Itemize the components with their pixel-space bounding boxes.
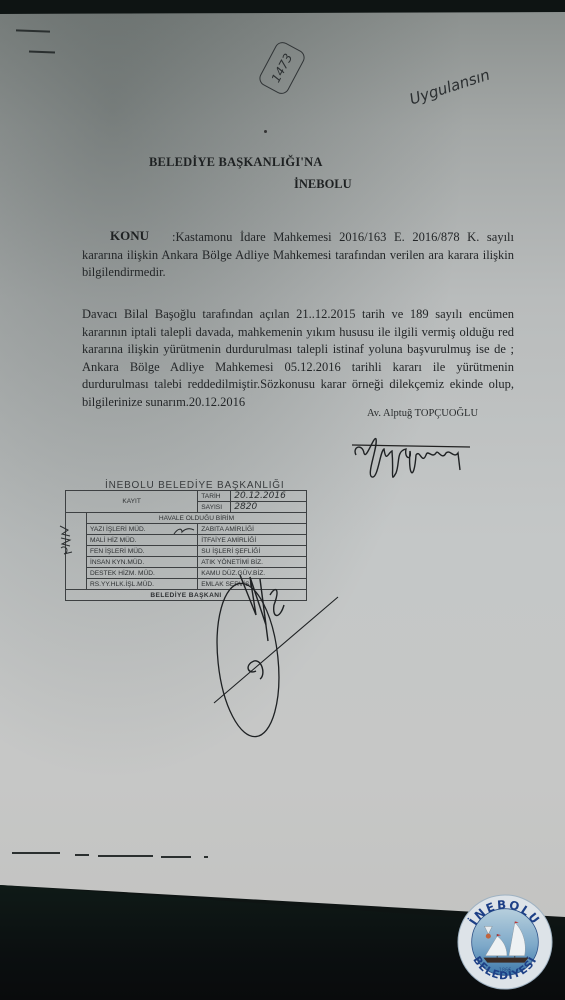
logo-year: 1866 [499,967,511,973]
dot-mark [264,130,267,133]
tarih-label: TARİH [198,491,231,502]
addressee: BELEDİYE BAŞKANLIĞI'NA [149,155,323,170]
stamp-row: MALİ HİZ MÜD. İTFAİYE AMİRLİĞİ [66,535,307,546]
sayisi-value: 2820 [231,502,307,513]
stamp-checkmark [172,526,196,536]
unit-right: ATIK YÖNETİMİ BİZ. [198,557,307,568]
footer-line [161,856,191,858]
footer-line [12,852,60,854]
unit-left: RS.YY.HLK.İŞL.MÜD. [87,579,198,590]
unit-left: MALİ HİZ MÜD. [87,535,198,546]
unit-left: DESTEK HİZM. MÜD. [87,568,198,579]
subject-text: :Kastamonu İdare Mahkemesi 2016/163 E. 2… [82,229,514,282]
body-paragraph: Davacı Bilal Başoğlu tarafından açılan 2… [82,306,514,411]
havale-header: HAVALE OLDUĞU BİRİM [87,513,307,524]
unit-left: FEN İŞLERİ MÜD. [87,546,198,557]
lawyer-signature [350,425,480,485]
footer-line [98,855,153,857]
city: İNEBOLU [294,177,352,192]
reference-number-text: 1473 [269,51,296,85]
sayisi-label: SAYISI [198,502,231,513]
unit-left: İNSAN KYN.MÜD. [87,557,198,568]
footer-line [75,854,89,856]
unit-right: ZABITA AMİRLİĞİ [198,524,307,535]
signer-name: Av. Alptuğ TOPÇUOĞLU [367,408,478,419]
stamp-title: İNEBOLU BELEDİYE BAŞKANLIĞI [105,480,284,491]
kayit-label: KAYIT [66,491,198,513]
unit-right: İTFAİYE AMİRLİĞİ [198,535,307,546]
mayor-signature [210,575,350,755]
stamp-row: FEN İŞLERİ MÜD. SU İŞLERİ ŞEFLİĞİ [66,546,307,557]
stamp-checkmarks [58,522,88,558]
tarih-value: 20.12.2016 [231,491,307,502]
stamp-row: İNSAN KYN.MÜD. ATIK YÖNETİMİ BİZ. [66,557,307,568]
municipality-logo: İNEBOLU BELEDİYESİ 1866 [456,893,554,991]
footer-line [204,856,208,858]
unit-right: SU İŞLERİ ŞEFLİĞİ [198,546,307,557]
